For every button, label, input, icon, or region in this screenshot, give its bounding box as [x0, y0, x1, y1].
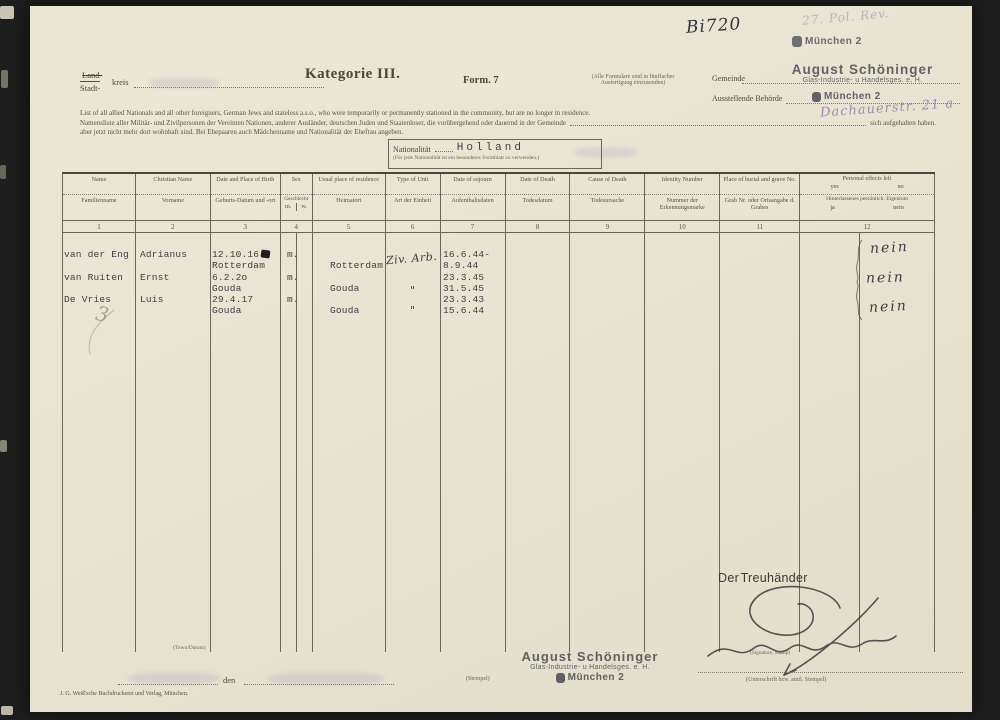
col-christian-name: Christian NameVorname — [136, 174, 211, 220]
edge-mark — [1, 706, 13, 715]
company-stamp-name: August Schöninger — [760, 62, 965, 77]
entry-date-from: 23.3.43 — [443, 294, 484, 305]
entry-date-from: 16.6.44- — [443, 249, 490, 260]
pencil-police-note: 27. Pol. Rev. — [802, 6, 890, 28]
nationality-value: Holland — [457, 142, 524, 154]
entry-birth-place: Gouda — [212, 283, 242, 294]
kreis-label: kreis — [112, 77, 129, 87]
entry-residence: Gouda — [330, 283, 360, 294]
entry-residence: Rotterdam — [330, 260, 383, 271]
handwritten-effects: nein — [869, 298, 909, 316]
intro-german-line1: Namensliste aller Militär- und Zivilpers… — [80, 119, 566, 129]
col-burial: Place of burial and grave No.Grab Nr. od… — [720, 174, 800, 220]
entry-date-to: 8.9.44 — [443, 260, 478, 271]
company-stamp-name: August Schöninger — [485, 649, 695, 664]
printer-credit: J. G. Weiß'sche Buchdruckerei und Verlag… — [60, 691, 188, 697]
land-label: Land- — [82, 70, 102, 80]
edge-mark — [0, 6, 14, 19]
nationality-fill — [435, 151, 453, 152]
gemeinde-inline-fill — [570, 125, 866, 126]
col-sojourn: Date of sojournAufenthaltsdaten — [441, 174, 506, 220]
entry-residence: Gouda — [330, 305, 360, 316]
company-stamp-line2: Glas-Industrie- u Handelsges. e. H. — [760, 77, 965, 84]
entry-first-name: Adrianus — [140, 249, 187, 260]
handwritten-effects: nein — [870, 239, 910, 257]
intro-german-line1-end: sich aufgehalten haben. — [870, 119, 936, 129]
entry-birth-date: 29.4.17 — [212, 294, 253, 305]
entry-birth-place: Rotterdam — [212, 260, 265, 271]
munich-emblem-icon — [792, 36, 802, 47]
intro-english-line: List of all allied Nationals and all oth… — [80, 109, 936, 119]
entry-first-name: Luis — [140, 294, 164, 305]
entry-sex: m. — [287, 249, 299, 260]
den-label: den — [223, 675, 235, 685]
unterschrift-caption: (Unterschrift bzw. amtl. Stempel) — [746, 677, 826, 683]
entry-sex: m. — [287, 272, 299, 283]
col-death-date: Date of DeathTodesdatum — [506, 174, 571, 220]
entry-date-to: 15.6.44 — [443, 305, 484, 316]
col-sex: Sex Geschlecht m.w. — [281, 174, 313, 220]
city-stamp-label: München 2 — [824, 91, 881, 102]
col-death-cause: Cause of DeathTodesursache — [570, 174, 645, 220]
handwritten-ref-number: Bi720 — [685, 14, 742, 38]
postmark-munich: München 2 — [792, 36, 862, 47]
munich-emblem-icon — [812, 92, 821, 102]
handwritten-effects: nein — [866, 269, 905, 286]
entry-birth-date: 6.2.2o — [212, 272, 247, 283]
company-stamp-line2: Glas-Industrie- u Handelsges. e. H. — [485, 664, 695, 671]
pencil-swoosh — [78, 306, 118, 358]
city-stamp: München 2 — [812, 91, 881, 102]
col-identity: Identity NumberNummer der Erkennungsmark… — [645, 174, 720, 220]
nationality-note: (Für jede Nationalität ist ein besondere… — [393, 155, 597, 161]
copies-note-line2: Ausfertigung einzusenden) — [563, 80, 703, 86]
entry-surname: van der Eng — [64, 249, 129, 260]
table-number-row: 1 2 3 4 5 6 7 8 9 10 11 12 — [63, 220, 935, 233]
faint-stamp-smudge — [148, 78, 220, 88]
faint-date-stamp — [266, 672, 384, 685]
intro-german-line2: aber jetzt nicht mehr dort wohnhaft sind… — [80, 128, 936, 138]
entry-birth-date: 12.10.16 — [212, 249, 259, 260]
edge-mark — [0, 165, 6, 179]
faint-date-stamp — [128, 672, 220, 684]
table-header-row: NameFamilienname Christian NameVorname D… — [63, 174, 935, 220]
entry-sex: m. — [287, 294, 299, 305]
munich-emblem-icon — [556, 673, 565, 683]
ditto-mark: " — [410, 284, 415, 297]
company-stamp-city: München 2 — [568, 672, 625, 683]
entry-first-name: Ernst — [140, 272, 170, 283]
gemeinde-label: Gemeinde — [712, 74, 745, 83]
col-name: NameFamilienname — [63, 174, 136, 220]
entry-date-to: 31.5.45 — [443, 283, 484, 294]
ink-blot — [260, 249, 270, 258]
brace-mark — [852, 238, 866, 322]
signature-caption: (Signature, Stamp) — [750, 650, 790, 656]
edge-mark — [1, 70, 8, 88]
stadt-label: Stadt- — [80, 81, 100, 93]
nationality-box: Nationalität Holland (Für jede Nationali… — [388, 139, 602, 169]
copies-note: (Alle Formulare sind in fünffacher Ausfe… — [563, 74, 703, 86]
category-title: Kategorie III. — [305, 66, 400, 83]
postmark-city-label: München 2 — [805, 36, 862, 47]
town-datum-label: (Town/Datum) — [173, 645, 206, 651]
entry-date-from: 23.3.45 — [443, 272, 484, 283]
signature-fill-line — [698, 672, 963, 673]
scanned-form-page: { "topmarks": { "ref_number": "Bi720", "… — [0, 0, 1000, 720]
col-residence: Usual place of residenceHeimatort — [313, 174, 386, 220]
ditto-mark: " — [410, 304, 415, 317]
company-stamp-bottom: August Schöninger Glas-Industrie- u Hand… — [485, 649, 695, 683]
col-birth: Date and Place of BirthGeburts-Datum und… — [211, 174, 281, 220]
behoerde-label: Ausstellende Behörde — [712, 94, 782, 103]
intro-paragraph: List of all allied Nationals and all oth… — [80, 109, 936, 138]
company-stamp-top: August Schöninger Glas-Industrie- u Hand… — [760, 62, 965, 84]
col-unit: Type of UnitArt der Einheit — [386, 174, 441, 220]
entry-surname: van Ruiten — [64, 272, 123, 283]
col-effects: Personal effects left yesno Hinterlassen… — [800, 174, 935, 220]
date-fill-line-left — [118, 684, 218, 685]
nationality-label: Nationalität — [393, 145, 431, 154]
form-number: Form. 7 — [463, 75, 499, 86]
signature — [680, 578, 930, 678]
entry-birth-place: Gouda — [212, 305, 242, 316]
edge-mark — [0, 440, 7, 452]
document-sheet: Bi720 27. Pol. Rev. München 2 Land- Stad… — [30, 6, 972, 712]
